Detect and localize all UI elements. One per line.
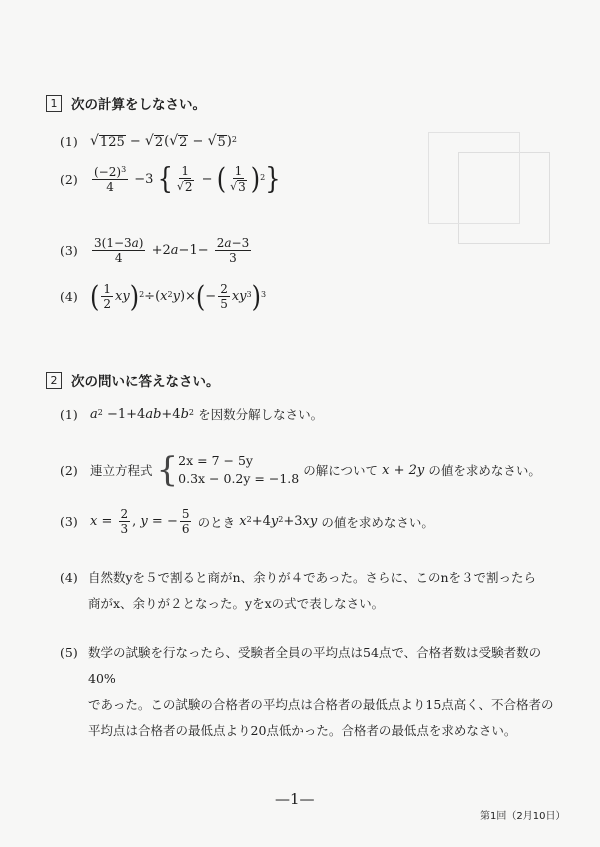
text-line: 平均点は合格者の最低点より20点低かった。合格者の最低点を求めなさい。 [88,718,568,744]
problem-2-5-label: (5) [60,640,78,666]
math-expression: 3(1−3a)4 +2a−1− 2a−33 [90,236,253,265]
problem-label: (1) [60,407,90,422]
problem-2-3: (3) x = 23, y = −56 のとき x2+4y2+3xy の値を求め… [60,507,434,536]
text-line: であった。この試験の合格者の平均点は合格者の最低点より15点高く、不合格者の [88,692,568,718]
problem-2-4-text: 自然数yを５で割ると商がn、余りが４であった。さらに、このnを３で割ったら 商が… [88,565,568,617]
problem-label: (1) [60,134,90,149]
condition-expression: x = 23, y = −56 [90,507,198,536]
section-1-number: 1 [46,95,62,112]
math-expression: √125 − √2 (√2 − √5)2 [90,133,237,149]
text-line: 数学の試験を行なったら、受験者全員の平均点は54点で、合格者数は受験者数の40% [88,640,568,692]
problem-1-4: (4) (12xy)2 ÷(x2y)×(−25xy3)3 [60,282,266,311]
exam-page: 1 次の計算をしなさい。 (1) √125 − √2 (√2 − √5)2 (2… [0,0,600,847]
problem-2-5-text: 数学の試験を行なったら、受験者全員の平均点は54点で、合格者数は受験者数の40%… [88,640,568,744]
section-1-header: 1 次の計算をしなさい。 [46,93,206,113]
cube-figure-bleed [458,152,550,244]
math-expression: (−2)34 −3 { 1√2 − ( 1√3 )2} [90,164,280,194]
problem-label: (3) [60,243,90,258]
text-line: 自然数yを５で割ると商がn、余りが４であった。さらに、このnを３で割ったら [88,565,568,591]
problem-text-prefix: 連立方程式 [90,461,153,479]
problem-label: (3) [60,514,90,529]
section-1-title: 次の計算をしなさい。 [71,93,206,113]
problem-text-suffix: の値を求めなさい。 [321,513,434,531]
problem-1-2: (2) (−2)34 −3 { 1√2 − ( 1√3 )2} [60,164,280,194]
cube-figure-bleed-back [428,132,520,224]
problem-1-1: (1) √125 − √2 (√2 − √5)2 [60,133,237,149]
problem-text-suffix: の値を求めなさい。 [428,461,541,479]
text-line: 商がx、余りが２となった。yをxの式で表しなさい。 [88,591,568,617]
exam-round-note: 第1回（2月10日） [480,807,565,822]
math-expression: a2 −1+4ab+4b2 [90,407,198,422]
equation-system: { 2x = 7 − 5y 0.3x − 0.2y = −1.8 [157,452,300,488]
section-2-number: 2 [46,372,62,389]
problem-label: (4) [60,289,90,304]
problem-2-4-label: (4) [60,565,78,591]
section-2-title: 次の問いに答えなさい。 [71,370,220,390]
reverse-side-bleed-through [330,92,590,302]
problem-text: を因数分解しなさい。 [198,405,323,423]
section-2-header: 2 次の問いに答えなさい。 [46,370,220,390]
problem-text-mid: のとき [198,513,236,531]
problem-2-2: (2) 連立方程式 { 2x = 7 − 5y 0.3x − 0.2y = −1… [60,452,541,488]
math-expression: x2+4y2+3xy [239,514,321,529]
math-expression: (12xy)2 ÷(x2y)×(−25xy3)3 [90,282,266,311]
math-expression: x + 2y [382,463,424,478]
problem-text-mid: の解について [303,461,378,479]
equation-2: 0.3x − 0.2y = −1.8 [178,470,299,488]
problem-2-1: (1) a2 −1+4ab+4b2 を因数分解しなさい。 [60,405,323,423]
problem-label: (2) [60,172,90,187]
page-number: —1— [275,790,315,808]
equation-1: 2x = 7 − 5y [178,452,299,470]
problem-label: (2) [60,463,90,478]
problem-1-3: (3) 3(1−3a)4 +2a−1− 2a−33 [60,236,253,265]
